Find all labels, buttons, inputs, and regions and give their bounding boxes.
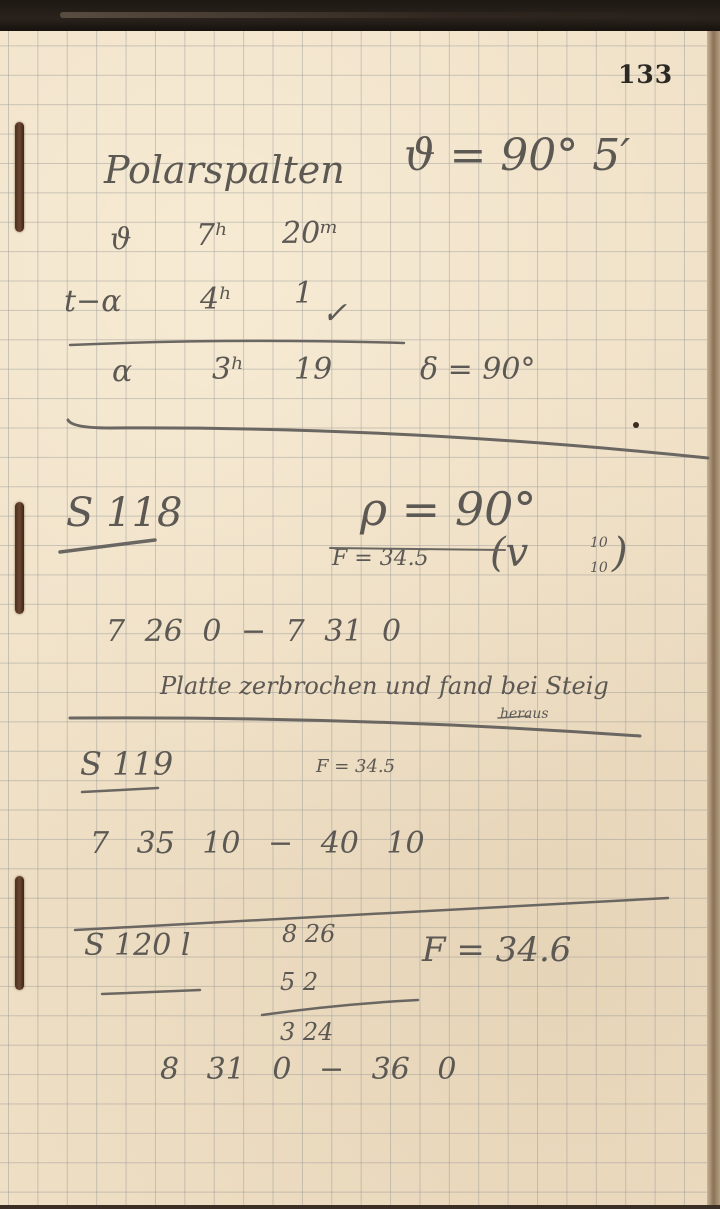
subtraction-rule bbox=[262, 1000, 418, 1015]
label-underline bbox=[82, 788, 158, 792]
label-underline bbox=[60, 540, 155, 552]
label-underline bbox=[102, 990, 200, 994]
remark-underline bbox=[498, 716, 530, 718]
section-divider bbox=[68, 420, 708, 458]
section-divider bbox=[70, 718, 640, 736]
focus-overline bbox=[330, 548, 505, 550]
sum-rule bbox=[70, 341, 404, 345]
ink-dot bbox=[633, 422, 639, 428]
pencil-rules bbox=[0, 0, 720, 1209]
section-divider bbox=[75, 898, 668, 930]
